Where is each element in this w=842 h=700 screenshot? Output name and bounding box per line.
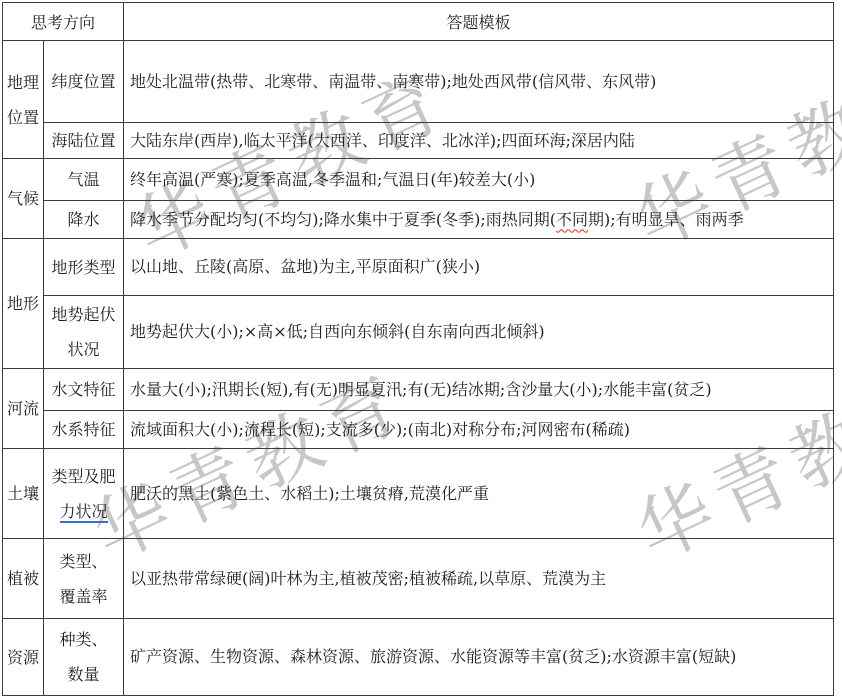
template-cell: 大陆东岸(西岸),临太平洋(大西洋、印度洋、北冰洋);四面环海;深居内陆: [124, 123, 834, 159]
label-line: 植被: [5, 561, 41, 596]
label-line: 土壤: [5, 476, 41, 511]
label-line: 海陆位置: [46, 123, 121, 158]
table-row: 降水降水季节分配均匀(不均匀);降水集中于夏季(冬季);雨热同期(不同期);有明…: [3, 201, 834, 239]
table-row: 水系特征流域面积大(小);流程长(短);支流多(少);(南北)对称分布;河网密布…: [3, 411, 834, 449]
template-cell: 以亚热带常绿硬(阔)叶林为主,植被茂密;植被稀疏,以草原、荒漠为主: [124, 539, 834, 619]
label-line: 地形类型: [46, 250, 121, 285]
template-text: 矿产资源、生物资源、森林资源、旅游资源、水能资源等丰富(贫乏);水资源丰富(短缺…: [130, 647, 736, 666]
label-line: 状况: [46, 332, 121, 367]
label-line: 地理: [5, 65, 41, 100]
answer-template-table: 思考方向 答题模板 地理位置纬度位置地处北温带(热带、北寒带、南温带、南寒带);…: [2, 2, 834, 696]
label-line: 位置: [5, 100, 41, 135]
label-line: 地形: [5, 286, 41, 321]
direction-cell: 类型、覆盖率: [44, 539, 124, 619]
label-line: 水系特征: [46, 412, 121, 447]
template-cell: 降水季节分配均匀(不均匀);降水集中于夏季(冬季);雨热同期(不同期);有明显旱…: [124, 201, 834, 239]
label-line: 覆盖率: [46, 579, 121, 614]
template-text: 终年高温(严寒);夏季高温,冬季温和;气温日(年)较差大(小): [130, 170, 535, 189]
direction-cell: 纬度位置: [44, 41, 124, 123]
label-line: 纬度位置: [46, 64, 121, 99]
table-row: 海陆位置大陆东岸(西岸),临太平洋(大西洋、印度洋、北冰洋);四面环海;深居内陆: [3, 123, 834, 159]
table-body: 地理位置纬度位置地处北温带(热带、北寒带、南温带、南寒带);地处西风带(信风带、…: [3, 41, 834, 696]
label-line: 数量: [46, 657, 121, 692]
template-text: 地势起伏大(小);×高×低;自西向东倾斜(自东南向西北倾斜): [130, 322, 545, 341]
direction-cell: 种类、数量: [44, 619, 124, 696]
spellcheck-wavy-text: 不同: [556, 210, 588, 229]
template-text: 地处北温带(热带、北寒带、南温带、南寒带);地处西风带(信风带、东风带): [130, 72, 656, 91]
category-cell: 气候: [3, 159, 44, 239]
template-text: 期);有明显旱、雨两季: [588, 210, 744, 229]
template-text: 大陆东岸(西岸),临太平洋(大西洋、印度洋、北冰洋);四面环海;深居内陆: [130, 131, 635, 150]
header-cell-template: 答题模板: [124, 3, 834, 41]
template-cell: 以山地、丘陵(高原、盆地)为主,平原面积广(狭小): [124, 239, 834, 296]
direction-cell: 海陆位置: [44, 123, 124, 159]
direction-cell: 气温: [44, 159, 124, 201]
label-line: 类型、: [46, 544, 121, 579]
table-row: 气候气温终年高温(严寒);夏季高温,冬季温和;气温日(年)较差大(小): [3, 159, 834, 201]
table-row: 土壤类型及肥力状况肥沃的黑土(紫色土、水稻土);土壤贫瘠,荒漠化严重: [3, 449, 834, 539]
category-cell: 土壤: [3, 449, 44, 539]
table-row: 地理位置纬度位置地处北温带(热带、北寒带、南温带、南寒带);地处西风带(信风带、…: [3, 41, 834, 123]
direction-cell: 降水: [44, 201, 124, 239]
template-text: 以山地、丘陵(高原、盆地)为主,平原面积广(狭小): [130, 257, 480, 276]
document-page: 华青教育 华青教育 华青教育 华青教育 思考方向 答题模板 地理位置纬度位置地处…: [0, 0, 842, 700]
category-cell: 地形: [3, 239, 44, 369]
table-row: 河流水文特征水量大(小);汛期长(短),有(无)明显夏汛;有(无)结冰期;含沙量…: [3, 369, 834, 411]
template-text: 肥沃的黑土(紫色土、水稻土);土壤贫瘠,荒漠化严重: [130, 484, 489, 503]
label-line: 类型及肥: [46, 459, 121, 494]
direction-cell: 地势起伏状况: [44, 296, 124, 369]
template-text: 降水季节分配均匀(不均匀);降水集中于夏季(冬季);雨热同期(: [130, 210, 556, 229]
label-line: 水文特征: [46, 372, 121, 407]
label-line: 种类、: [46, 622, 121, 657]
header-cell-direction: 思考方向: [3, 3, 124, 41]
label-line: 气温: [46, 162, 121, 197]
direction-cell: 类型及肥力状况: [44, 449, 124, 539]
header-row: 思考方向 答题模板: [3, 3, 834, 41]
category-cell: 植被: [3, 539, 44, 619]
label-line: 河流: [5, 391, 41, 426]
template-cell: 终年高温(严寒);夏季高温,冬季温和;气温日(年)较差大(小): [124, 159, 834, 201]
category-cell: 资源: [3, 619, 44, 696]
template-cell: 流域面积大(小);流程长(短);支流多(少);(南北)对称分布;河网密布(稀疏): [124, 411, 834, 449]
template-cell: 水量大(小);汛期长(短),有(无)明显夏汛;有(无)结冰期;含沙量大(小);水…: [124, 369, 834, 411]
label-line: 降水: [46, 202, 121, 237]
category-cell: 地理位置: [3, 41, 44, 159]
label-line: 气候: [5, 181, 41, 216]
underlined-label: 力状况: [60, 502, 108, 523]
direction-cell: 水系特征: [44, 411, 124, 449]
table-row: 植被类型、覆盖率以亚热带常绿硬(阔)叶林为主,植被茂密;植被稀疏,以草原、荒漠为…: [3, 539, 834, 619]
label-line: 资源: [5, 640, 41, 675]
template-cell: 肥沃的黑土(紫色土、水稻土);土壤贫瘠,荒漠化严重: [124, 449, 834, 539]
direction-cell: 地形类型: [44, 239, 124, 296]
template-cell: 地势起伏大(小);×高×低;自西向东倾斜(自东南向西北倾斜): [124, 296, 834, 369]
table-row: 资源种类、数量矿产资源、生物资源、森林资源、旅游资源、水能资源等丰富(贫乏);水…: [3, 619, 834, 696]
template-text: 流域面积大(小);流程长(短);支流多(少);(南北)对称分布;河网密布(稀疏): [130, 420, 630, 439]
label-line: 地势起伏: [46, 297, 121, 332]
table-row: 地势起伏状况地势起伏大(小);×高×低;自西向东倾斜(自东南向西北倾斜): [3, 296, 834, 369]
template-cell: 矿产资源、生物资源、森林资源、旅游资源、水能资源等丰富(贫乏);水资源丰富(短缺…: [124, 619, 834, 696]
table-row: 地形地形类型以山地、丘陵(高原、盆地)为主,平原面积广(狭小): [3, 239, 834, 296]
template-cell: 地处北温带(热带、北寒带、南温带、南寒带);地处西风带(信风带、东风带): [124, 41, 834, 123]
direction-cell: 水文特征: [44, 369, 124, 411]
template-text: 以亚热带常绿硬(阔)叶林为主,植被茂密;植被稀疏,以草原、荒漠为主: [130, 569, 606, 588]
label-line: 力状况: [46, 494, 121, 529]
template-text: 水量大(小);汛期长(短),有(无)明显夏汛;有(无)结冰期;含沙量大(小);水…: [130, 380, 712, 399]
category-cell: 河流: [3, 369, 44, 449]
